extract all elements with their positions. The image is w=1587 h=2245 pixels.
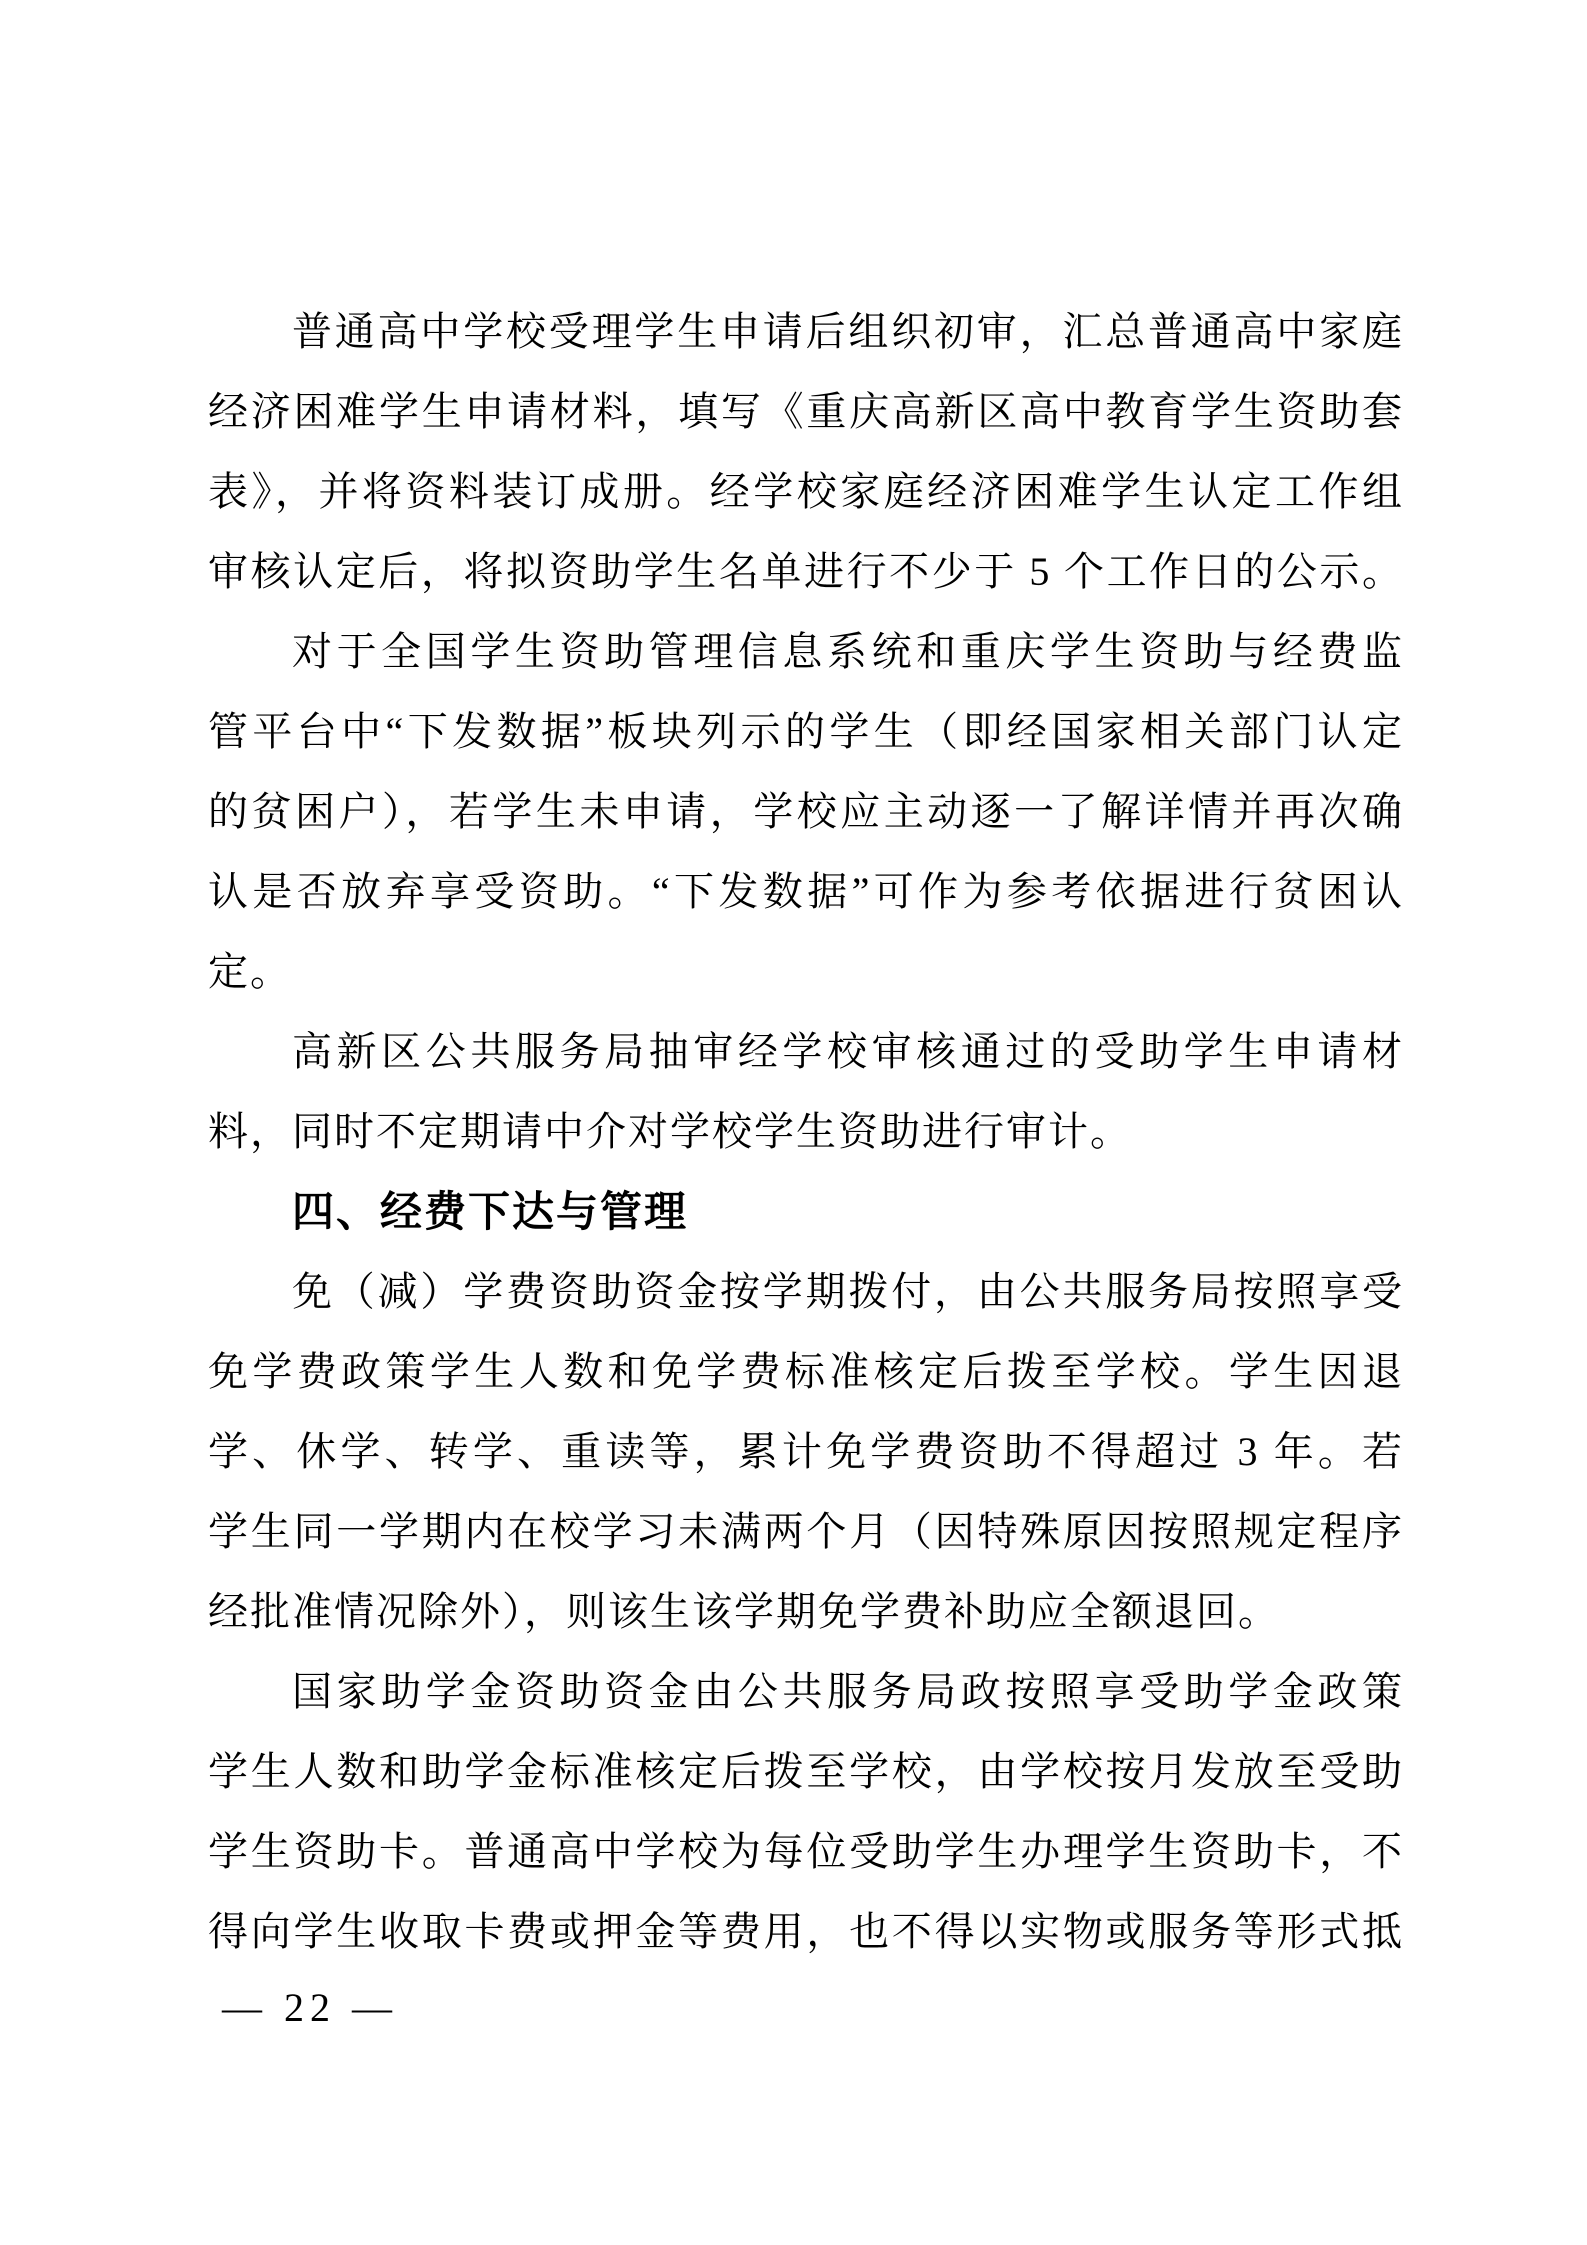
text-line: 普通高中学校受理学生申请后组织初审，汇总普通高中家庭	[208, 292, 1404, 372]
text-line: 经济困难学生申请材料，填写《重庆高新区高中教育学生资助套	[208, 372, 1404, 452]
text-line: 经批准情况除外），则该生该学期免学费补助应全额退回。	[208, 1572, 1404, 1652]
text-line: 表》，并将资料装订成册。经学校家庭经济困难学生认定工作组	[208, 452, 1404, 532]
document-page: 普通高中学校受理学生申请后组织初审，汇总普通高中家庭 经济困难学生申请材料，填写…	[0, 0, 1587, 2245]
section-heading: 四、经费下达与管理	[208, 1172, 1404, 1252]
text-line: 认是否放弃享受资助。“下发数据”可作为参考依据进行贫困认	[208, 852, 1404, 932]
text-line: 学生同一学期内在校学习未满两个月（因特殊原因按照规定程序	[208, 1492, 1404, 1572]
text-line: 免（减）学费资助资金按学期拨付，由公共服务局按照享受	[208, 1252, 1404, 1332]
text-line: 管平台中“下发数据”板块列示的学生（即经国家相关部门认定	[208, 692, 1404, 772]
text-line: 对于全国学生资助管理信息系统和重庆学生资助与经费监	[208, 612, 1404, 692]
text-line: 得向学生收取卡费或押金等费用，也不得以实物或服务等形式抵	[208, 1892, 1404, 1972]
text-line: 审核认定后，将拟资助学生名单进行不少于 5 个工作日的公示。	[208, 532, 1404, 612]
text-line: 学、休学、转学、重读等，累计免学费资助不得超过 3 年。若	[208, 1412, 1404, 1492]
text-line: 免学费政策学生人数和免学费标准核定后拨至学校。学生因退	[208, 1332, 1404, 1412]
page-number: — 22 —	[222, 1978, 398, 2038]
text-line: 料，同时不定期请中介对学校学生资助进行审计。	[208, 1092, 1404, 1172]
text-line: 的贫困户），若学生未申请，学校应主动逐一了解详情并再次确	[208, 772, 1404, 852]
text-line: 学生人数和助学金标准核定后拨至学校，由学校按月发放至受助	[208, 1732, 1404, 1812]
text-line: 国家助学金资助资金由公共服务局政按照享受助学金政策	[208, 1652, 1404, 1732]
text-line: 高新区公共服务局抽审经学校审核通过的受助学生申请材	[208, 1012, 1404, 1092]
text-line: 学生资助卡。普通高中学校为每位受助学生办理学生资助卡，不	[208, 1812, 1404, 1892]
text-line: 定。	[208, 932, 1404, 1012]
text-block: 普通高中学校受理学生申请后组织初审，汇总普通高中家庭 经济困难学生申请材料，填写…	[208, 292, 1404, 1972]
